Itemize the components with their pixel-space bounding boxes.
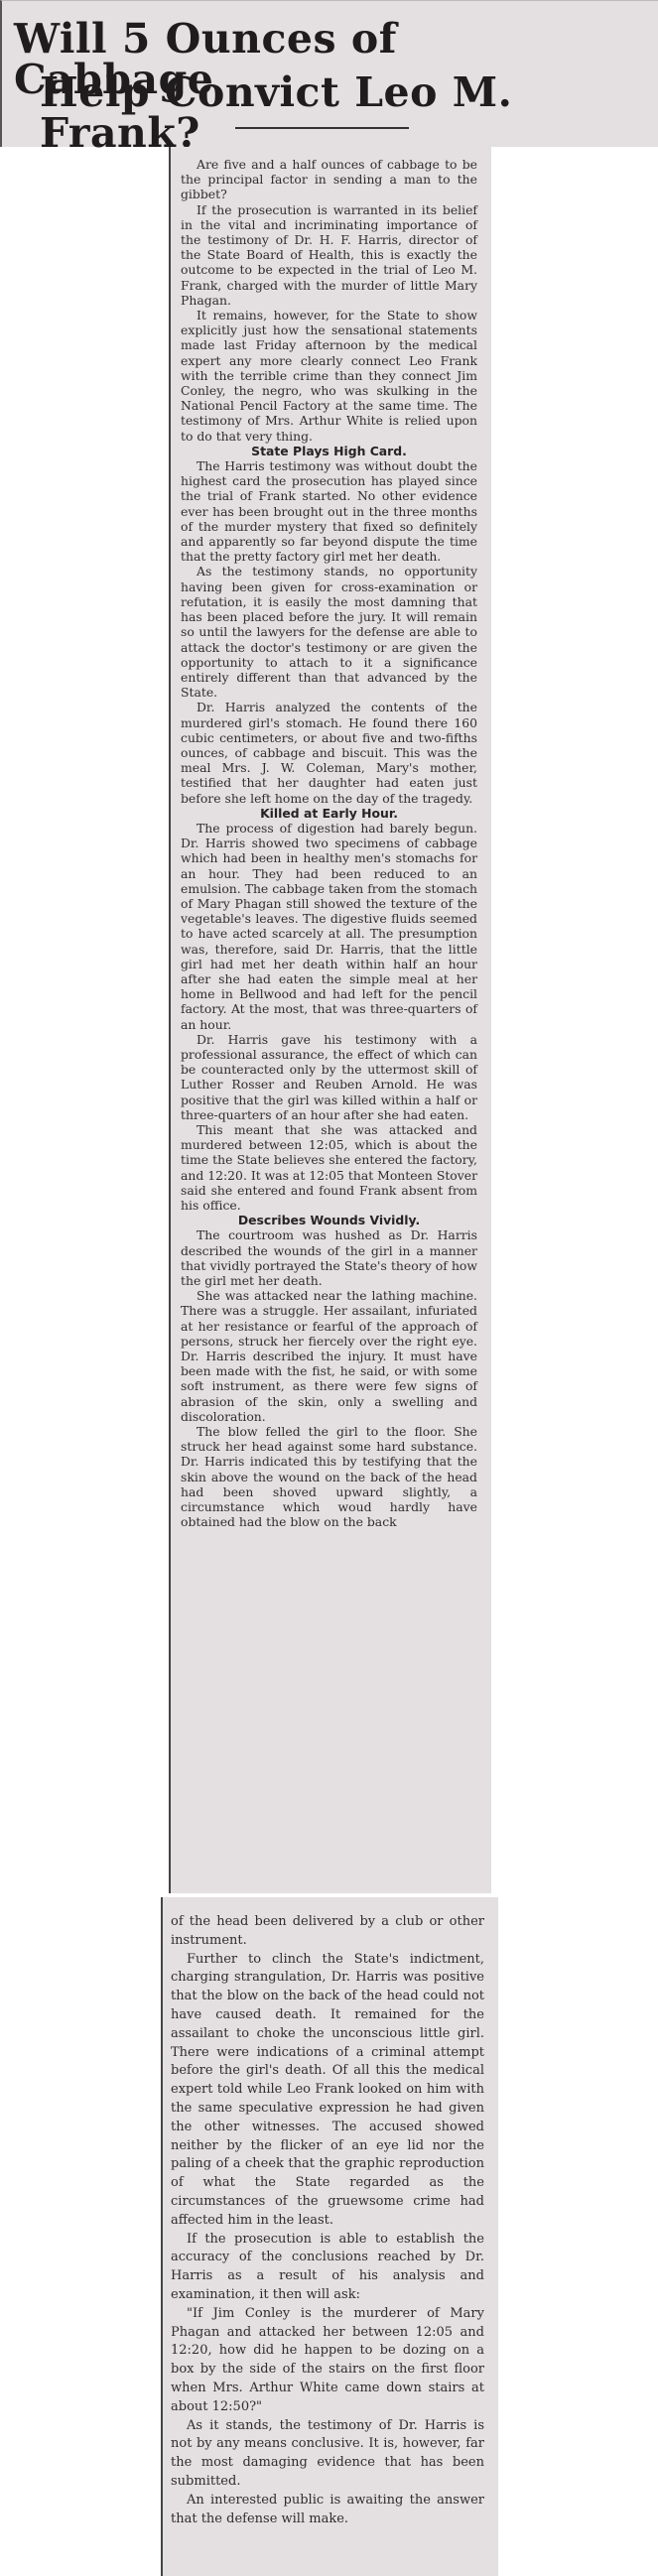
paragraph: Are five and a half ounces of cabbage to… <box>181 157 477 202</box>
headline-line-2: Help Convict Leo M. Frank? <box>40 72 655 154</box>
paragraph: It remains, however, for the State to sh… <box>181 308 477 444</box>
headline-clipping: Will 5 Ounces of Cabbage Help Convict Le… <box>0 0 658 147</box>
paragraph: The courtroom was hushed as Dr. Harris d… <box>181 1227 477 1288</box>
subheading: State Plays High Card. <box>181 444 477 458</box>
subheading: Killed at Early Hour. <box>181 806 477 821</box>
paragraph: Further to clinch the State's indictment… <box>171 1951 484 2231</box>
paragraph: If the prosecution is warranted in its b… <box>181 202 477 308</box>
article-body-1: Are five and a half ounces of cabbage to… <box>171 147 491 1529</box>
paragraph: As the testimony stands, no opportunity … <box>181 564 477 700</box>
paragraph: "If Jim Conley is the murderer of Mary P… <box>171 2305 484 2417</box>
subheading: Describes Wounds Vividly. <box>181 1213 477 1227</box>
paragraph: The blow felled the girl to the floor. S… <box>181 1424 477 1529</box>
paragraph: Dr. Harris analyzed the contents of the … <box>181 700 477 805</box>
article-column-1: Are five and a half ounces of cabbage to… <box>169 147 491 1893</box>
article-body-2: of the head been delivered by a club or … <box>163 1897 498 2528</box>
paragraph: of the head been delivered by a club or … <box>171 1913 484 1951</box>
paragraph: The process of digestion had barely begu… <box>181 821 477 1032</box>
paragraph: This meant that she was attacked and mur… <box>181 1122 477 1213</box>
paragraph: If the prosecution is able to establish … <box>171 2231 484 2305</box>
paragraph: An interested public is awaiting the ans… <box>171 2492 484 2529</box>
paragraph: Dr. Harris gave his testimony with a pro… <box>181 1032 477 1122</box>
article-column-2: of the head been delivered by a club or … <box>161 1897 498 2576</box>
paragraph: As it stands, the testimony of Dr. Harri… <box>171 2417 484 2492</box>
paragraph: She was attacked near the lathing machin… <box>181 1288 477 1424</box>
headline-rule <box>235 127 409 129</box>
paragraph: The Harris testimony was without doubt t… <box>181 458 477 564</box>
